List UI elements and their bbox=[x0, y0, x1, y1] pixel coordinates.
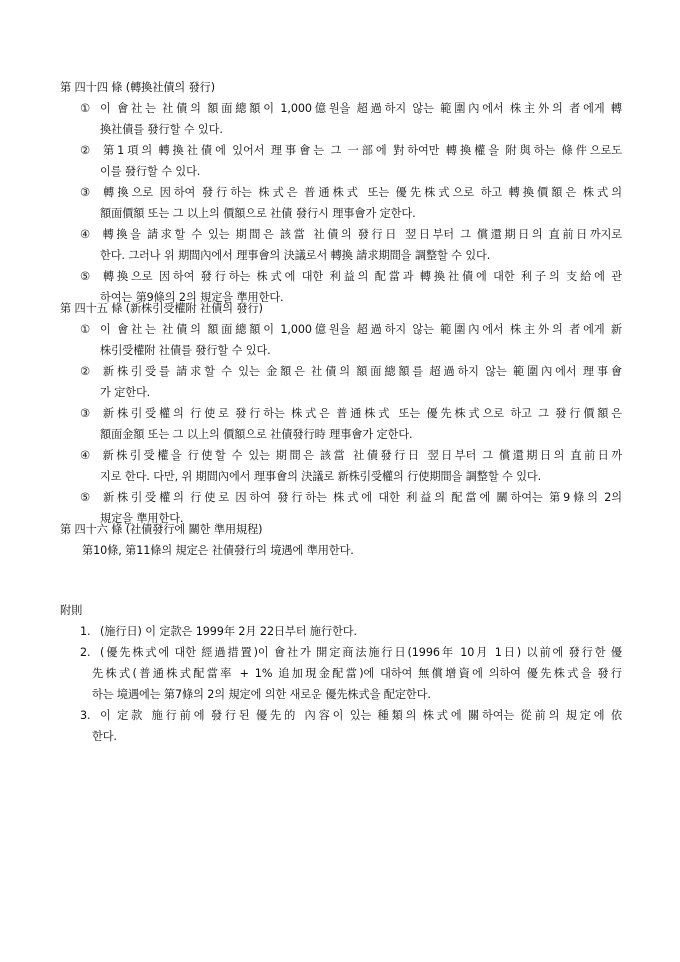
article-44-item-3-cont: 額面價額 또는 그 以上의 價額으로 社債 發行시 理事會가 定한다. bbox=[100, 207, 622, 221]
addendum-heading: 附則 bbox=[60, 604, 82, 618]
article-45-item-5: ⑤新株引受權의 行使로 因하여 發行하는 株式에 대한 利益의 配當에 關하여는… bbox=[80, 491, 622, 505]
article-44-item-3: ③轉換으로 因하여 發行하는 株式은 普通株式 또는 優先株式으로 하고 轉換價… bbox=[80, 186, 622, 200]
article-45-item-4-cont: 지로 한다. 다만, 위 期間內에서 理事會의 決議로 新株引受權의 行使期間을… bbox=[100, 470, 622, 484]
article-46-body: 第10條, 第11條의 規定은 社債發行의 境遇에 準用한다. bbox=[82, 544, 354, 558]
article-45-item-1: ①이 會社는 社債의 額面總額이 1,000億원을 超過하지 않는 範圍內에서 … bbox=[80, 323, 622, 337]
article-44-item-1: ①이 會社는 社債의 額面總額이 1,000億원을 超過하지 않는 範圍內에서 … bbox=[80, 102, 622, 116]
article-44-item-4-cont: 한다. 그러나 위 期間內에서 理事會의 決議로서 轉換 請求期間을 調整할 수… bbox=[100, 249, 622, 263]
article-45-heading: 第 四十五 條 (新株引受權附 社債의 發行) bbox=[60, 302, 263, 316]
article-44-item-2-cont: 이를 發行할 수 있다. bbox=[100, 165, 622, 179]
article-45-item-4: ④新株引受權을 行使할 수 있는 期間은 該當 社債發行日 翌日부터 그 償還期… bbox=[80, 449, 622, 463]
article-45-item-1-cont: 株引受權附 社債를 發行할 수 있다. bbox=[100, 344, 622, 358]
article-44-heading: 第 四十四 條 (轉換社債의 發行) bbox=[60, 81, 215, 95]
addendum-item-2: 2.(優先株式에 대한 經過措置)이 會社가 開定商法施行日(1996年 10月… bbox=[80, 646, 622, 660]
article-44-item-4: ④轉換을 請求할 수 있는 期間은 該當 社債의 發行日 翌日부터 그 償還期日… bbox=[80, 228, 622, 242]
document-page: 第 四十四 條 (轉換社債의 發行) ①이 會社는 社債의 額面總額이 1,00… bbox=[0, 0, 680, 962]
article-45-item-3: ③新株引受權의 行使로 發行하는 株式은 普通株式 또는 優先株式으로 하고 그… bbox=[80, 407, 622, 421]
addendum-item-1: 1.(施行日) 이 定款은 1999年 2月 22日부터 施行한다. bbox=[80, 625, 622, 639]
article-44-item-1-cont: 換社債를 發行할 수 있다. bbox=[100, 123, 622, 137]
article-44-item-5: ⑤轉換으로 因하여 發行하는 株式에 대한 利益의 配當과 轉換社債에 대한 利… bbox=[80, 270, 622, 284]
article-44-item-2: ②第1項의 轉換社債에 있어서 理事會는 그 一部에 對하여만 轉換權을 附與하… bbox=[80, 144, 622, 158]
addendum-item-2-cont-1: 先株式(普通株式配當率 + 1% 追加現金配當)에 대하여 無償增資에 의하여 … bbox=[92, 667, 622, 681]
article-45-item-2-cont: 가 定한다. bbox=[100, 386, 622, 400]
article-45-item-2: ②新株引受를 請求할 수 있는 金額은 社債의 額面總額를 超過하지 않는 範圍… bbox=[80, 365, 622, 379]
addendum-item-3-cont: 한다. bbox=[92, 730, 622, 744]
addendum-item-3: 3.이 定款 施行前에 發行된 優先的 內容이 있는 種類의 株式에 關하여는 … bbox=[80, 709, 622, 723]
article-45-item-3-cont: 額面金額 또는 그 以上의 價額으로 社債發行時 理事會가 定한다. bbox=[100, 428, 622, 442]
article-46-heading: 第 四十六 條 (社債發行에 關한 準用規程) bbox=[60, 523, 262, 537]
addendum-item-2-cont-2: 하는 境遇에는 第7條의 2의 規定에 의한 새로운 優先株式을 配定한다. bbox=[92, 688, 622, 702]
